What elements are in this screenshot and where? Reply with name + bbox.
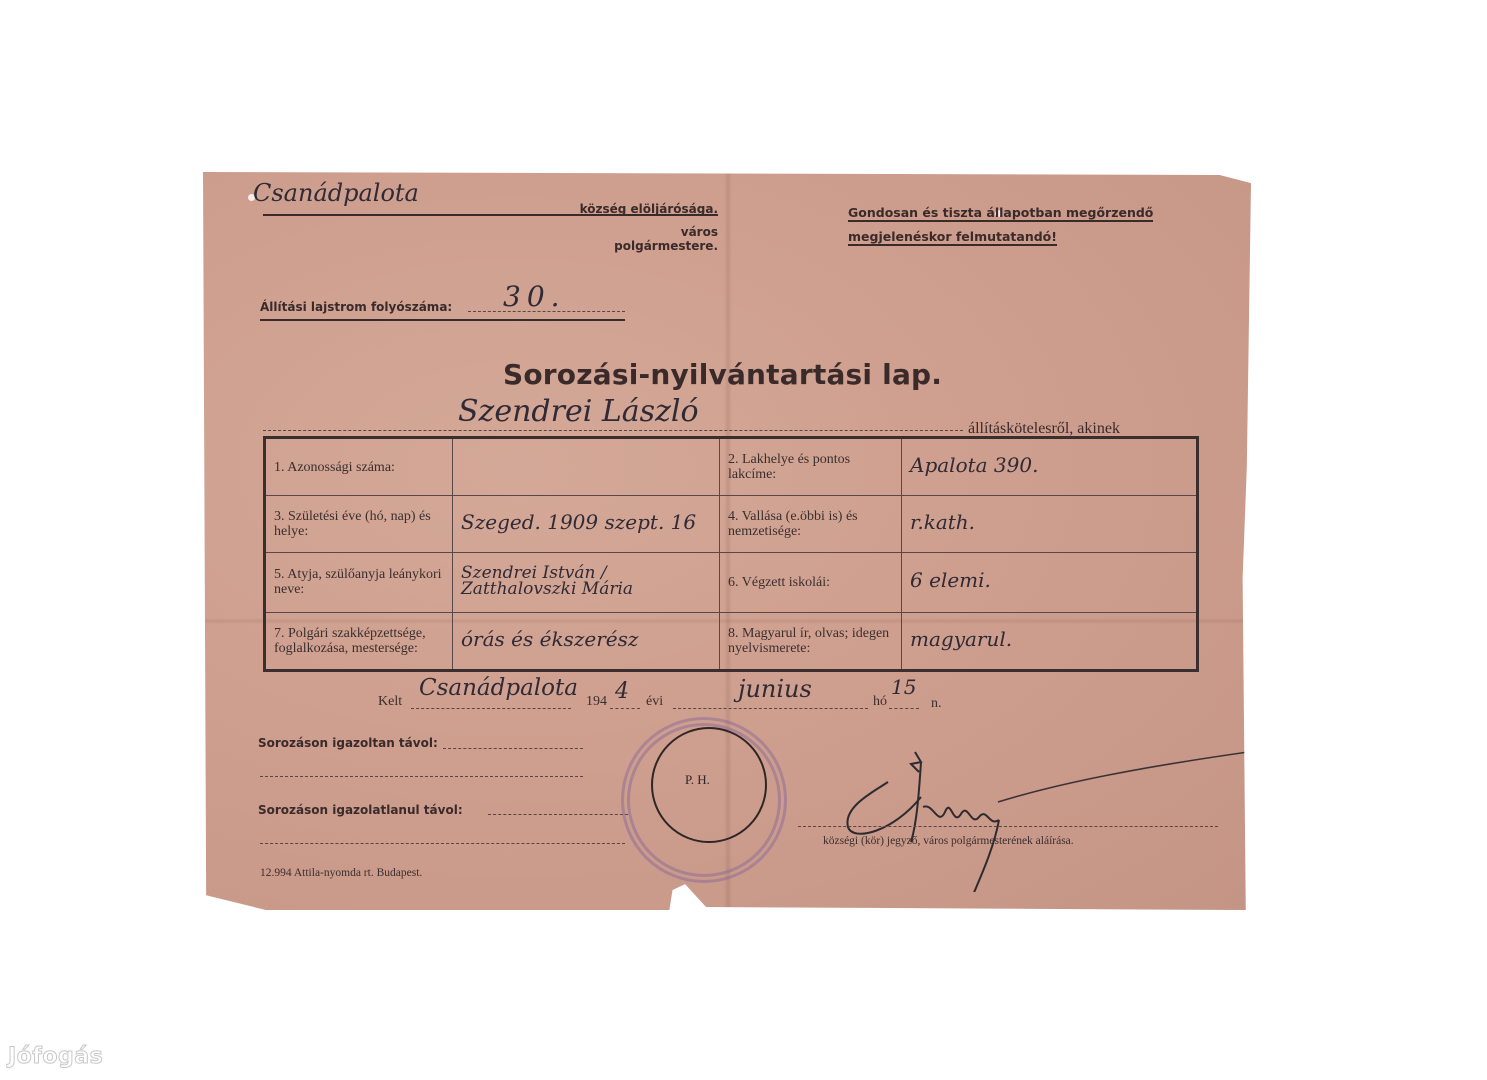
field-label: 8. Magyarul ír, olvas; idegen nyelvismer…: [720, 612, 902, 670]
field-value: Szeged. 1909 szept. 16: [453, 496, 720, 552]
field-value: r.kath.: [902, 496, 1198, 552]
year-prefix: 194: [586, 694, 607, 710]
year-digit-handwritten: 4: [615, 679, 629, 704]
month-dotted-line: [673, 708, 868, 709]
ho-label: hó: [873, 694, 887, 710]
field-value: [453, 438, 720, 496]
excused-dotted-line: [443, 748, 583, 749]
place-dotted-line: [411, 708, 571, 709]
field-label: 5. Atyja, szülőanyja leánykori neve:: [265, 552, 453, 612]
field-value: 6 elemi.: [902, 552, 1198, 612]
field-label: 7. Polgári szakképzettsége, foglalkozása…: [265, 612, 453, 670]
table-row: 1. Azonossági száma: 2. Lakhelye és pont…: [265, 438, 1198, 496]
excused-dotted-line-2: [260, 776, 583, 777]
day-handwritten: 15: [891, 675, 916, 699]
excused-absence-label: Sorozáson igazoltan távol:: [258, 736, 438, 750]
handwritten-value: Szeged. 1909 szept. 16: [461, 510, 696, 534]
watermark-logo: Jófogás: [8, 1044, 103, 1069]
unexcused-absence-label: Sorozáson igazolatlanul távol:: [258, 803, 463, 817]
place-handwritten: Csanádpalota: [419, 675, 578, 701]
kelt-label: Kelt: [378, 694, 402, 710]
name-dotted-line: [263, 430, 963, 431]
field-label: 1. Azonossági száma:: [265, 438, 453, 496]
field-label: 6. Végzett iskolái:: [720, 552, 902, 612]
table-row: 7. Polgári szakképzettsége, foglalkozása…: [265, 612, 1198, 670]
field-value: Szendrei István / Zatthalovszki Mária: [453, 552, 720, 612]
field-label: 2. Lakhelye és pontos lakcíme:: [720, 438, 902, 496]
n-label: n.: [931, 696, 942, 712]
handwritten-value: Apalota 390.: [910, 453, 1038, 477]
city-label: város polgármestere.: [573, 225, 718, 253]
signature-caption: községi (kör) jegyző, város polgármester…: [823, 835, 1074, 847]
page-title: Sorozási-nyilvántartási lap.: [503, 358, 942, 391]
signature-icon: [803, 732, 1263, 892]
field-label: 3. Születési éve (hó, nap) és helye:: [265, 496, 453, 552]
handwritten-value: Szendrei István / Zatthalovszki Mária: [461, 563, 633, 599]
care-notice-line2: megjelenéskor felmutatandó!: [848, 229, 1057, 246]
field-value: magyarul.: [902, 612, 1198, 670]
day-dotted-line: [889, 708, 919, 709]
handwritten-value: magyarul.: [910, 627, 1012, 651]
subject-name: Szendrei László: [458, 394, 699, 429]
table-row: 5. Atyja, szülőanyja leánykori neve: Sze…: [265, 552, 1198, 612]
handwritten-value: 6 elemi.: [910, 568, 991, 592]
field-label: 4. Vallása (e.öbbi is) és nemzetisége:: [720, 496, 902, 552]
seal-label: P. H.: [685, 772, 710, 788]
field-value: órás és ékszerész: [453, 612, 720, 670]
document-sheet: Csanádpalota község elöljárósága. város …: [203, 172, 1251, 910]
care-notice-line1: Gondosan és tiszta állapotban megőrzendő: [848, 205, 1153, 222]
signature-dotted-line: [798, 826, 1218, 827]
printer-line: 12.994 Attila-nyomda rt. Budapest.: [260, 867, 422, 879]
register-underline: [260, 319, 625, 321]
unexcused-dotted-line-2: [260, 843, 625, 844]
year-suffix: évi: [646, 694, 663, 710]
handwritten-value: órás és ékszerész: [461, 627, 638, 651]
year-dotted-line: [610, 708, 640, 709]
register-label: Állítási lajstrom folyószáma:: [260, 300, 452, 314]
town-handwritten: Csanádpalota: [253, 179, 419, 207]
handwritten-value: r.kath.: [910, 510, 975, 534]
register-number: 30.: [503, 280, 566, 313]
village-label: község elöljárósága.: [573, 202, 718, 216]
personal-data-table: 1. Azonossági száma: 2. Lakhelye és pont…: [263, 436, 1199, 672]
unexcused-dotted-line: [488, 814, 628, 815]
field-value: Apalota 390.: [902, 438, 1198, 496]
table-row: 3. Születési éve (hó, nap) és helye: Sze…: [265, 496, 1198, 552]
month-handwritten: junius: [738, 675, 812, 703]
